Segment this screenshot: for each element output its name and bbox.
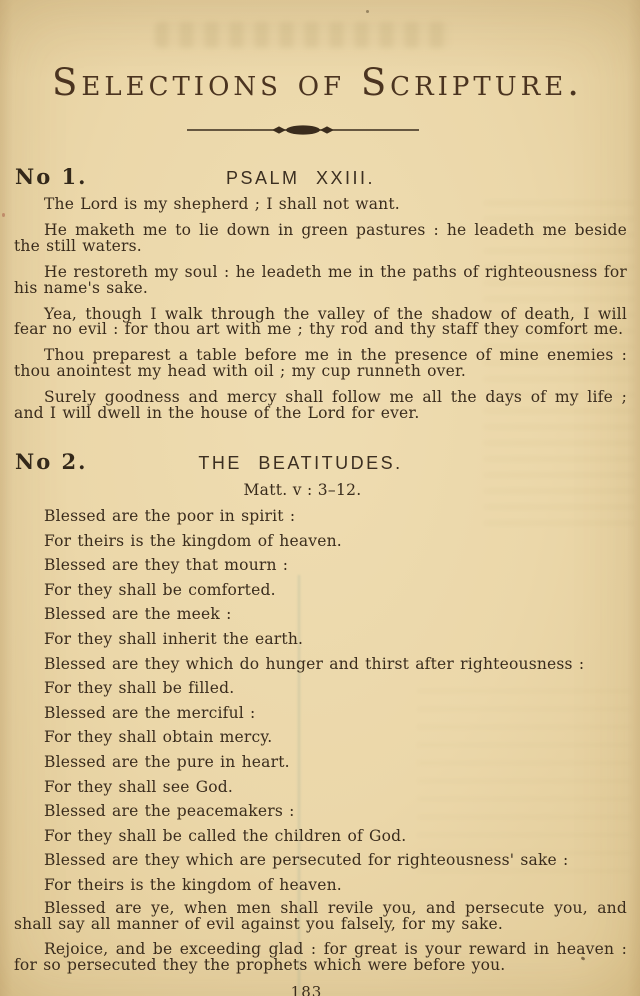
page-number: 183 bbox=[0, 983, 613, 996]
scanned-book-page: Selections of Scripture. No 1. PSALM XXI… bbox=[0, 0, 640, 996]
beatitude-line: Blessed are the poor in spirit : bbox=[14, 508, 627, 524]
beatitude-line: For theirs is the kingdom of heaven. bbox=[14, 877, 627, 893]
beatitude-line: Blessed are they which are persecuted fo… bbox=[14, 852, 627, 868]
beatitudes-closing-block: Blessed are ye, when men shall revile yo… bbox=[14, 901, 627, 974]
beatitudes-text-block: Blessed are the poor in spirit : For the… bbox=[14, 508, 627, 893]
beatitude-line: Blessed are they that mourn : bbox=[14, 557, 627, 573]
beatitude-line: Blessed are the merciful : bbox=[14, 705, 627, 721]
psalm-paragraph: He restoreth my soul : he leadeth me in … bbox=[14, 265, 627, 297]
beatitude-line: Blessed are the pure in heart. bbox=[14, 754, 627, 770]
beatitude-line: For theirs is the kingdom of heaven. bbox=[14, 533, 627, 549]
beatitude-line: Blessed are the meek : bbox=[14, 606, 627, 622]
scripture-reference: Matt. v : 3–12. bbox=[0, 481, 609, 499]
closing-paragraph: Rejoice, and be exceeding glad : for gre… bbox=[14, 942, 627, 974]
beatitude-line: For they shall obtain mercy. bbox=[14, 729, 627, 745]
section-1-heading: PSALM XXIII. bbox=[0, 165, 607, 191]
show-through-ghost-text bbox=[155, 22, 450, 48]
psalm-paragraph: The Lord is my shepherd ; I shall not wa… bbox=[14, 197, 627, 213]
divider-ornament bbox=[185, 123, 421, 137]
section-2-heading: THE BEATITUDES. bbox=[0, 450, 607, 476]
beatitude-line: Blessed are the peacemakers : bbox=[14, 803, 627, 819]
psalm-paragraph: Surely goodness and mercy shall follow m… bbox=[14, 390, 627, 422]
psalm-paragraph: Thou preparest a table before me in the … bbox=[14, 348, 627, 380]
psalm-paragraph: He maketh me to lie down in green pastur… bbox=[14, 223, 627, 255]
paper-speck bbox=[366, 10, 369, 13]
beatitude-line: For they shall inherit the earth. bbox=[14, 631, 627, 647]
beatitude-line: Blessed are they which do hunger and thi… bbox=[14, 656, 627, 672]
beatitude-line: For they shall be filled. bbox=[14, 680, 627, 696]
psalm-23-text-block: The Lord is my shepherd ; I shall not wa… bbox=[14, 197, 627, 422]
closing-paragraph: Blessed are ye, when men shall revile yo… bbox=[14, 901, 627, 933]
beatitude-line: For they shall be comforted. bbox=[14, 582, 627, 598]
section-1-header: No 1. PSALM XXIII. bbox=[14, 165, 627, 191]
beatitude-line: For they shall be called the children of… bbox=[14, 828, 627, 844]
page-title: Selections of Scripture. bbox=[11, 64, 624, 101]
psalm-paragraph: Yea, though I walk through the valley of… bbox=[14, 307, 627, 339]
beatitude-line: For they shall see God. bbox=[14, 779, 627, 795]
section-2-header: No 2. THE BEATITUDES. bbox=[14, 450, 627, 476]
